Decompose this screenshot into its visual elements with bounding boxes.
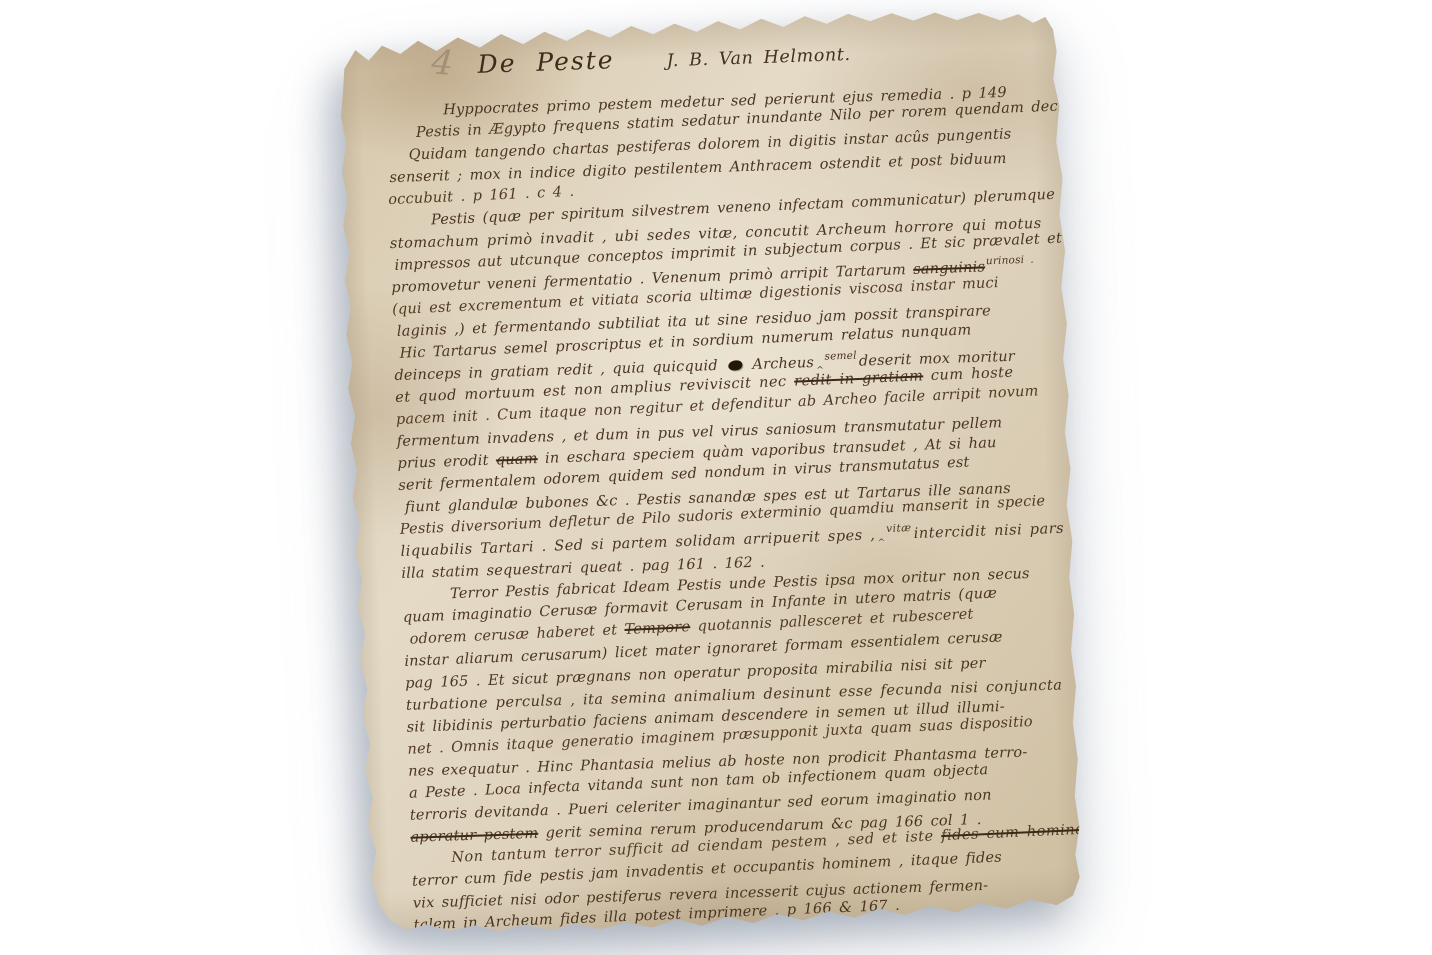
ink-blot — [728, 360, 742, 370]
manuscript-title: De Peste — [477, 45, 615, 79]
inserted-text: vitæ — [886, 522, 912, 535]
manuscript-paper: 4 De Peste J. B. Van Helmont. Hyppocrate… — [334, 6, 1089, 939]
manuscript-author: J. B. Van Helmont. — [666, 45, 851, 71]
struck-text: aperatur pestem — [410, 826, 538, 846]
paper-shadow: 4 De Peste J. B. Van Helmont. Hyppocrate… — [0, 0, 1432, 955]
inserted-text: semel — [824, 350, 856, 363]
struck-text: Tempore — [624, 619, 690, 638]
handwritten-text: intercidit nisi pars — [913, 521, 1064, 542]
struck-text: fides cum homine — [941, 822, 1085, 844]
inserted-text: urinosi . — [986, 254, 1034, 268]
page-background: { "document": { "pencil_mark": "4", "tit… — [0, 0, 1432, 955]
caret-mark: ^ — [877, 538, 885, 548]
manuscript-text: Hyppocrates primo pestem medetur sed per… — [337, 74, 1090, 939]
pencil-page-number: 4 — [430, 42, 455, 84]
handwritten-text: prius erodit — [397, 453, 496, 472]
struck-text: quam — [496, 451, 538, 468]
